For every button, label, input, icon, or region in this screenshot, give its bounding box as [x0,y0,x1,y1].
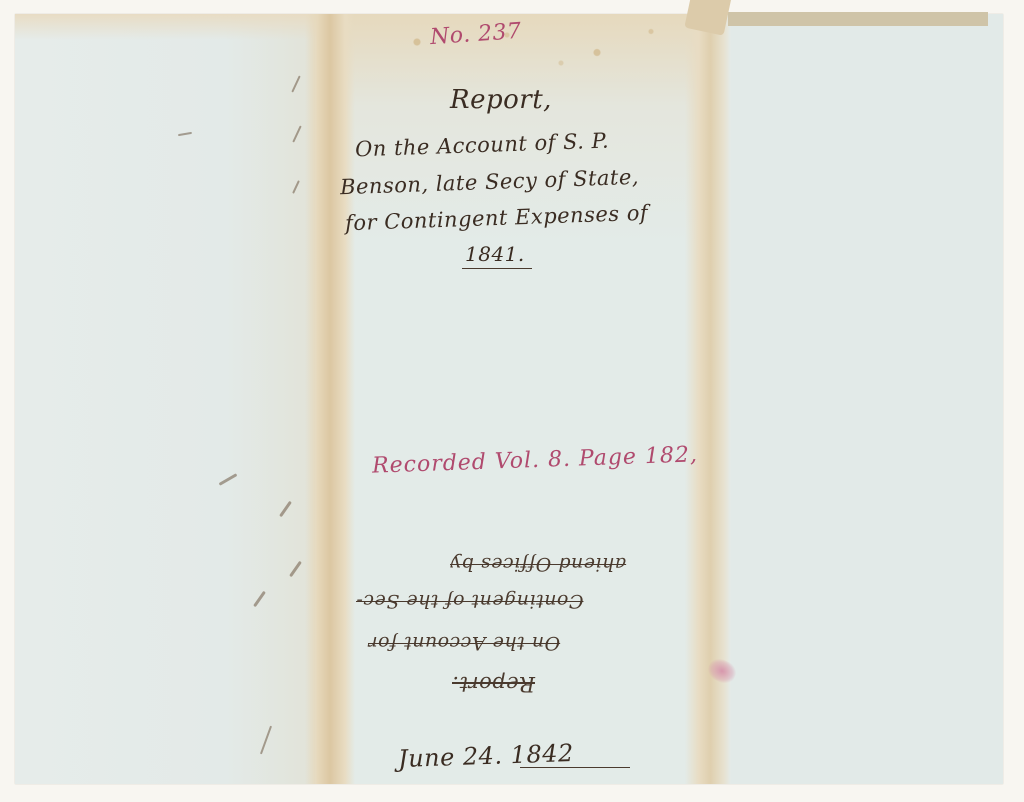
top-edge-stain [15,14,335,40]
year-underline [462,268,532,269]
struck-line: ahiend Offices by [450,553,626,575]
center-docket-panel [345,14,705,784]
docket-title: Report, [450,85,552,115]
top-edge-strip [728,12,988,26]
docket-year: 1841. [465,242,525,266]
struck-line: On the Account for [368,632,560,654]
left-fold-crease [305,14,355,784]
left-fold-panel [15,14,315,784]
document-sheet [15,14,1003,784]
right-fold-panel [731,14,1003,784]
date-underline [520,767,630,768]
struck-line: Report. [452,672,535,696]
struck-line: Contingent of the Sec- [356,590,583,612]
foxing-spots [345,14,705,84]
